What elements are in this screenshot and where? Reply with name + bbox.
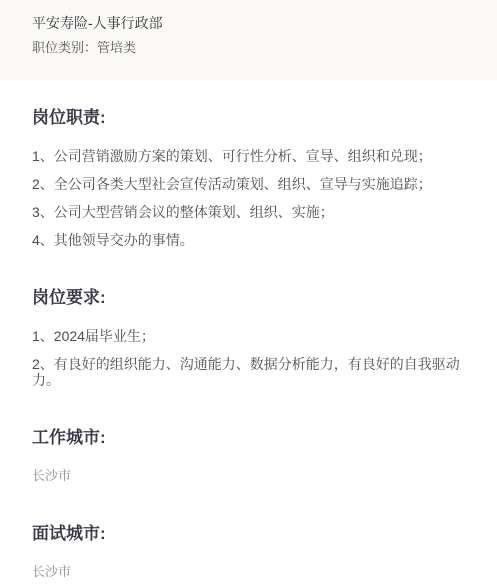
section-work-city: 工作城市:长沙市 [32, 400, 465, 484]
section-heading-work-city: 工作城市: [32, 428, 465, 448]
section-responsibilities: 岗位职责:1、公司营销激励方案的策划、可行性分析、宣导、组织和兑现；2、全公司各… [32, 80, 465, 248]
city-value: 长沙市 [32, 564, 465, 580]
list-item: 1、公司营销激励方案的策划、可行性分析、宣导、组织和兑现； [32, 148, 465, 164]
section-interview-city: 面试城市:长沙市 [32, 496, 465, 580]
section-requirements: 岗位要求:1、2024届毕业生；2、有良好的组织能力、沟通能力、数据分析能力，有… [32, 260, 465, 388]
list-item: 1、2024届毕业生； [32, 328, 465, 344]
list-item: 2、全公司各类大型社会宣传活动策划、组织、宣导与实施追踪； [32, 176, 465, 192]
job-posting-page: 平安寿险-人事行政部 职位类别：管培类 岗位职责:1、公司营销激励方案的策划、可… [0, 0, 497, 585]
job-category-label: 职位类别：管培类 [32, 39, 465, 56]
list-item: 4、其他领导交办的事情。 [32, 232, 465, 248]
section-heading-responsibilities: 岗位职责: [32, 108, 465, 128]
job-header: 平安寿险-人事行政部 职位类别：管培类 [0, 0, 497, 80]
list-item: 2、有良好的组织能力、沟通能力、数据分析能力，有良好的自我驱动力。 [32, 356, 465, 388]
section-heading-interview-city: 面试城市: [32, 524, 465, 544]
list-item: 3、公司大型营销会议的整体策划、组织、实施； [32, 204, 465, 220]
job-department-title: 平安寿险-人事行政部 [32, 14, 465, 32]
job-detail-content: 岗位职责:1、公司营销激励方案的策划、可行性分析、宣导、组织和兑现；2、全公司各… [0, 80, 497, 580]
section-heading-requirements: 岗位要求: [32, 288, 465, 308]
city-value: 长沙市 [32, 468, 465, 484]
